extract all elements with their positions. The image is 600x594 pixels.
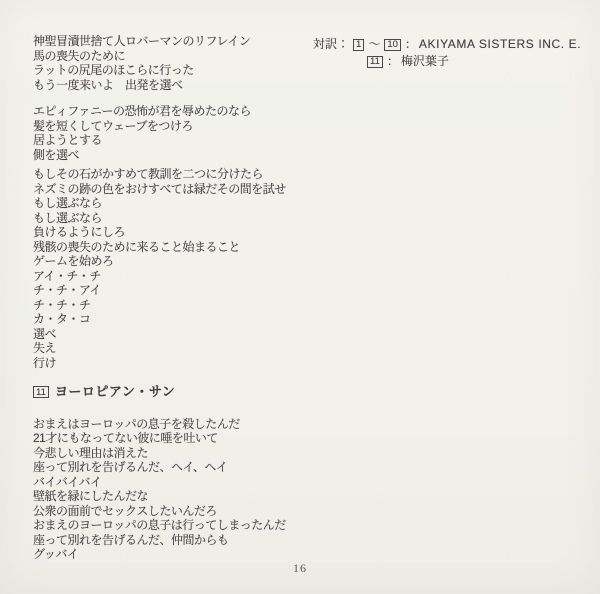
lyric-line: グッバイ (33, 547, 286, 562)
lyric-line: ラットの尻尾のほこらに行った (33, 63, 286, 78)
lyric-line: もしその石がかすめて教訓を二つに分けたら (33, 167, 286, 182)
translator-name-main: AKIYAMA SISTERS INC. E. (419, 36, 581, 53)
stanza-2: エピィファニーの恐怖が君を辱めたのなら 髪を短くしてウェーブをつけろ 居ようとす… (33, 104, 286, 162)
stanza-4: おまえはヨーロッパの息子を殺したんだ 21才にもなってない彼に唾を吐いて 今悲し… (33, 417, 286, 562)
translator-name-second: 梅沢葉子 (401, 53, 449, 70)
track-number-box-11: 11 (367, 56, 383, 68)
credits-colon: ： (405, 36, 417, 53)
lyric-line: チ・チ・チ (33, 298, 286, 313)
lyric-line: アイ・チ・チ (33, 269, 286, 284)
track-number-box-end: 10 (384, 39, 401, 51)
lyric-line: 座って別れを告げるんだ、仲間からも (33, 533, 286, 548)
tilde-separator: ～ (368, 36, 380, 53)
lyric-line: 座って別れを告げるんだ、ヘイ、ヘイ (33, 460, 286, 475)
lyric-line: 負けるようにしろ (33, 225, 286, 240)
lyric-line: 失え (33, 341, 286, 356)
credits-colon-2: ： (387, 53, 399, 70)
stanza-3: もしその石がかすめて教訓を二つに分けたら ネズミの跡の色をおけすべては緑だその間… (33, 167, 286, 370)
lyric-line: エピィファニーの恐怖が君を辱めたのなら (33, 104, 286, 119)
lyric-line: もし選ぶなら (33, 196, 286, 211)
credits-label: 対訳： (313, 36, 349, 53)
track-number-box-header: 11 (33, 386, 49, 398)
track-title: ヨーロピアン・サン (55, 385, 175, 400)
track-number-box-start: 1 (353, 39, 364, 51)
lyric-line: もし選ぶなら (33, 211, 286, 226)
lyric-line: ネズミの跡の色をおけすべては緑だその間を試せ (33, 182, 286, 197)
lyric-line: 髪を短くしてウェーブをつけろ (33, 119, 286, 134)
lyric-line: 居ようとする (33, 133, 286, 148)
lyric-line: 選べ (33, 327, 286, 342)
lyric-line: ゲームを始めろ (33, 254, 286, 269)
lyric-line: 側を選べ (33, 148, 286, 163)
lyric-line: もう一度来いよ 出発を選べ (33, 78, 286, 93)
lyric-line: おまえはヨーロッパの息子を殺したんだ (33, 417, 286, 432)
lyric-line: 今悲しい理由は消えた (33, 446, 286, 461)
lyric-line: おまえのヨーロッパの息子は行ってしまったんだ (33, 518, 286, 533)
credits-line-2: 11 ： 梅沢葉子 (313, 53, 581, 70)
credits-line-1: 対訳： 1 ～ 10 ： AKIYAMA SISTERS INC. E. (313, 36, 581, 53)
page-number: 16 (0, 561, 600, 576)
lyric-line: 壁紙を緑にしたんだな (33, 489, 286, 504)
lyric-line: カ・タ・コ (33, 312, 286, 327)
booklet-page: 対訳： 1 ～ 10 ： AKIYAMA SISTERS INC. E. 11 … (0, 0, 600, 594)
lyric-line: バイバイバイ (33, 475, 286, 490)
lyric-line: 馬の喪失のために (33, 49, 286, 64)
track-11-header: 11 ヨーロピアン・サン (33, 385, 286, 400)
translation-credits: 対訳： 1 ～ 10 ： AKIYAMA SISTERS INC. E. 11 … (313, 36, 581, 70)
lyrics-column: 神聖冒瀆世捨て人ロバーマンのリフレイン 馬の喪失のために ラットの尻尾のほこらに… (33, 34, 286, 562)
stanza-1: 神聖冒瀆世捨て人ロバーマンのリフレイン 馬の喪失のために ラットの尻尾のほこらに… (33, 34, 286, 92)
lyric-line: 行け (33, 356, 286, 371)
lyric-line: 21才にもなってない彼に唾を吐いて (33, 431, 286, 446)
lyric-line: チ・チ・アイ (33, 283, 286, 298)
lyric-line: 神聖冒瀆世捨て人ロバーマンのリフレイン (33, 34, 286, 49)
lyric-line: 公衆の面前でセックスしたいんだろ (33, 504, 286, 519)
lyric-line: 残骸の喪失のために来ること始まること (33, 240, 286, 255)
